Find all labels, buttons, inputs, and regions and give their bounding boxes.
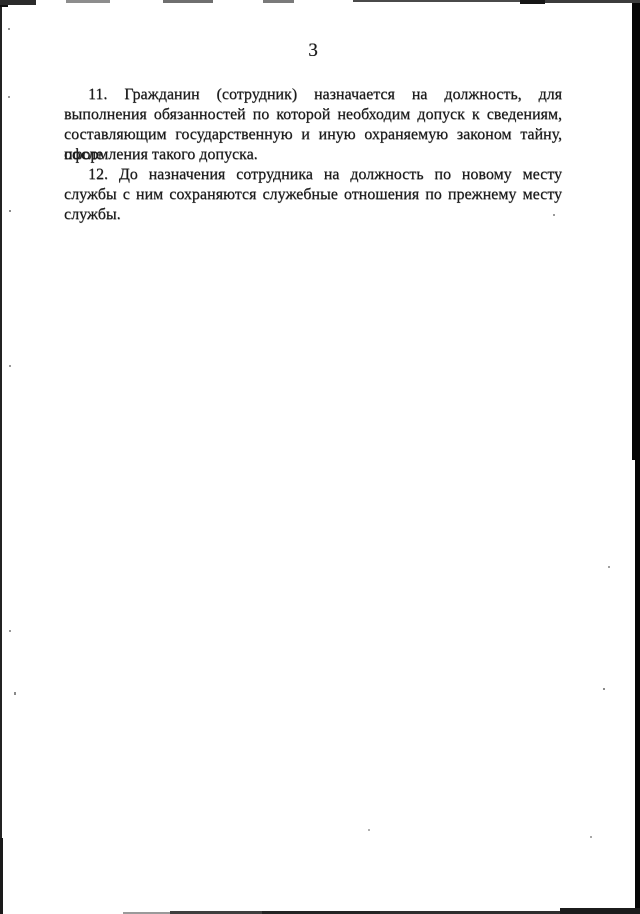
scan-edge-bottom-segment: [560, 908, 640, 914]
scan-edge-top-segment: [0, 0, 36, 5]
scan-edge-top-segment: [66, 0, 110, 3]
text-line: службы с ним сохраняются служебные отнош…: [64, 185, 562, 205]
scan-edge-top-segment: [545, 0, 640, 3]
scan-speck: [603, 688, 605, 690]
scan-edge-top-segment: [520, 0, 545, 4]
scan-edge-top-segment: [353, 0, 520, 2]
text-line: составляющим государственную и иную охра…: [64, 125, 562, 145]
scan-edge-top-segment: [163, 0, 213, 3]
scan-speck: [590, 836, 592, 838]
text-line: 11. Гражданин (сотрудник) назначается на…: [64, 85, 562, 105]
scan-edge-left-bottom: [0, 838, 3, 914]
scan-speck: [608, 566, 610, 568]
scan-speck: [14, 692, 16, 695]
text-line: выполнения обязанностей по которой необх…: [64, 105, 562, 125]
text-line: оформления такого допуска.: [64, 145, 562, 165]
scan-edge-left: [0, 0, 2, 914]
scan-edge-right-bottom: [635, 460, 640, 914]
text-line: 12. До назначения сотрудника на должност…: [64, 165, 562, 185]
scanned-document-page: 3 11. Гражданин (сотрудник) назначается …: [0, 0, 640, 914]
paragraph-11: 11. Гражданин (сотрудник) назначается на…: [64, 85, 562, 165]
scan-speck: [9, 210, 11, 212]
text-line: службы.: [64, 205, 562, 225]
page-number: 3: [64, 41, 562, 61]
scan-speck: [9, 630, 11, 632]
scan-edge-right-top: [632, 0, 640, 460]
scan-speck: [8, 96, 10, 98]
document-body: 11. Гражданин (сотрудник) назначается на…: [64, 85, 562, 225]
scan-speck: [8, 28, 10, 30]
scan-speck: [368, 829, 370, 831]
scan-speck: [9, 365, 11, 367]
paragraph-12: 12. До назначения сотрудника на должност…: [64, 165, 562, 225]
scan-edge-top-segment: [263, 0, 294, 3]
